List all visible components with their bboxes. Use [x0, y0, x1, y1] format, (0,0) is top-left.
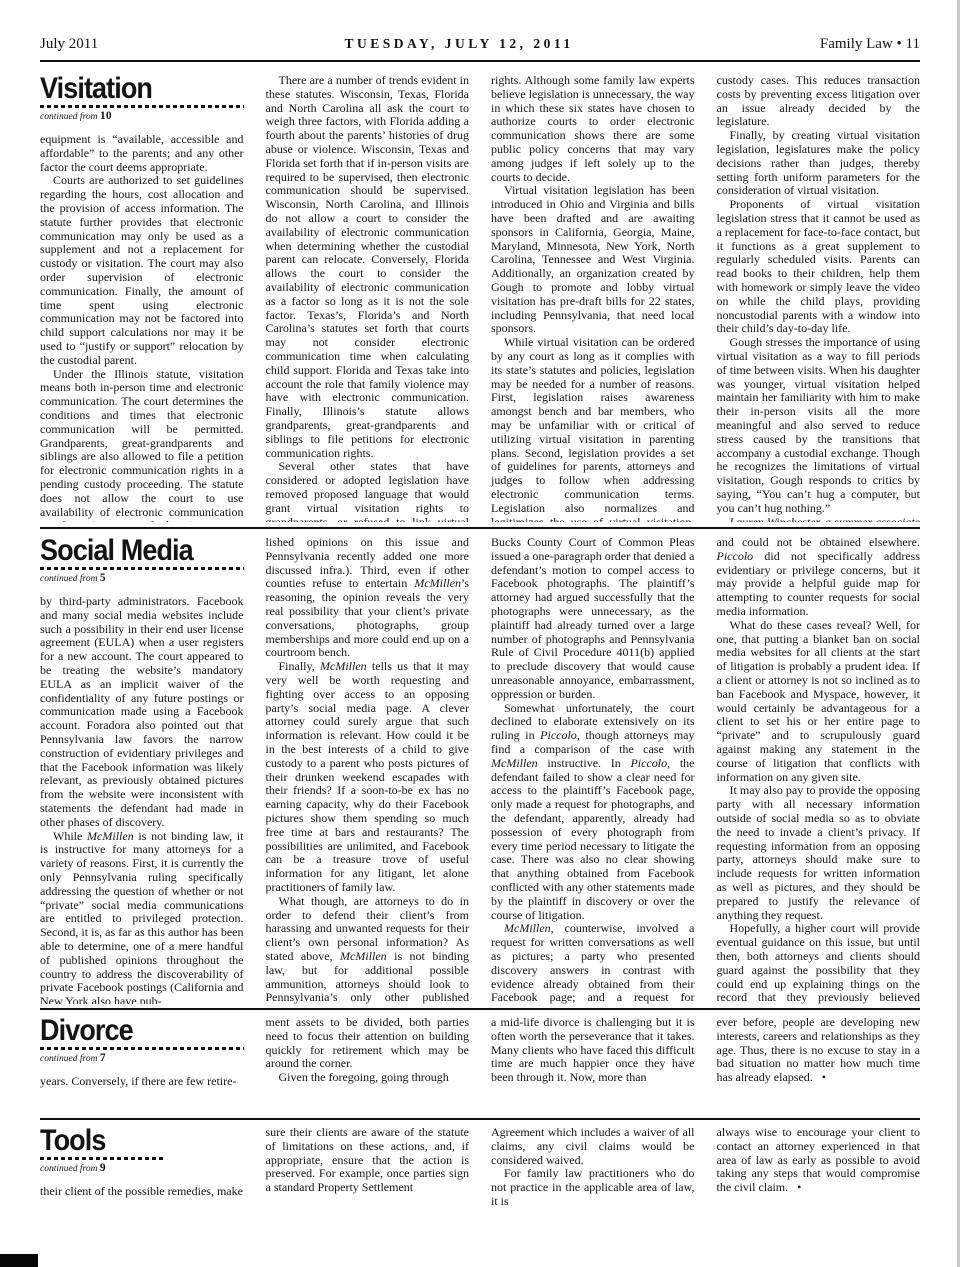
- article-column: custody cases. This reduces transaction …: [717, 74, 921, 522]
- paragraph: Virtual visitation legislation has been …: [491, 184, 695, 336]
- article-column-text: There are a number of trends evident in …: [266, 74, 470, 522]
- paragraph: Hopefully, a higher court will provide e…: [717, 922, 921, 1004]
- article-column: Agreement which includes a waiver of all…: [491, 1126, 695, 1232]
- headline-dash-rule: [40, 1157, 166, 1160]
- article-headline: Visitation: [40, 74, 223, 104]
- article-column: rights. Although some family law experts…: [491, 74, 695, 522]
- continued-from-page: 7: [100, 1052, 106, 1064]
- paragraph: What do these cases reveal? Well, for on…: [717, 619, 921, 785]
- headline-dash-rule: [40, 1047, 244, 1050]
- paragraph: Bucks County Court of Common Pleas issue…: [491, 536, 695, 702]
- paragraph: While virtual visitation can be ordered …: [491, 336, 695, 522]
- continued-from-label: continued from: [40, 112, 97, 122]
- article-column: Tools continued from 9 their client of t…: [40, 1126, 244, 1232]
- paragraph: ever before, people are developing new i…: [717, 1016, 921, 1085]
- bottom-corner-bar: [0, 1254, 38, 1267]
- article-column: ever before, people are developing new i…: [717, 1016, 921, 1112]
- article-column: sure their clients are aware of the stat…: [266, 1126, 470, 1232]
- article-column-text: and could not be obtained elsewhere. Pic…: [717, 536, 921, 1004]
- paragraph: ment assets to be divided, both parties …: [266, 1016, 470, 1071]
- header-dateline: TUESDAY, JULY 12, 2011: [344, 36, 573, 52]
- paragraph: Several other states that have considere…: [266, 460, 470, 522]
- article-column: Social Media continued from 5 by third-p…: [40, 536, 244, 1004]
- article-headline: Divorce: [40, 1016, 223, 1046]
- paragraph: their client of the possible remedies, m…: [40, 1185, 244, 1199]
- paragraph: Gough stresses the importance of using v…: [717, 336, 921, 515]
- paragraph: sure their clients are aware of the stat…: [266, 1126, 470, 1195]
- paragraph: What though, are attorneys to do in orde…: [266, 895, 470, 1004]
- article-column-text: ever before, people are developing new i…: [717, 1016, 921, 1085]
- paragraph: Finally, McMillen tells us that it may v…: [266, 660, 470, 895]
- paragraph: and could not be obtained elsewhere. Pic…: [717, 536, 921, 619]
- article-headline-block: Divorce continued from 7: [40, 1016, 244, 1064]
- section-divider-rule: [40, 1008, 920, 1010]
- paragraph: McMillen, counterwise, involved a reques…: [491, 922, 695, 1004]
- continued-from-note: continued from 9: [40, 1162, 244, 1174]
- paragraph: lished opinions on this issue and Pennsy…: [266, 536, 470, 660]
- paragraph: a mid-life divorce is challenging but it…: [491, 1016, 695, 1085]
- paragraph: Somewhat unfortunately, the court declin…: [491, 702, 695, 923]
- article-column: a mid-life divorce is challenging but it…: [491, 1016, 695, 1112]
- continued-from-page: 9: [100, 1162, 106, 1174]
- paragraph: Under the Illinois statute, visitation m…: [40, 368, 244, 522]
- continued-from-note: continued from 5: [40, 572, 244, 584]
- article-column-text: equipment is “available, accessible and …: [40, 133, 244, 522]
- article-headline-block: Visitation continued from 10: [40, 74, 244, 122]
- continued-from-label: continued from: [40, 1164, 97, 1174]
- section-divider-rule: [40, 527, 920, 529]
- paragraph: by third-party administrators. Facebook …: [40, 595, 244, 830]
- continued-from-label: continued from: [40, 574, 97, 584]
- article-headline-block: Social Media continued from 5: [40, 536, 244, 584]
- paragraph: While McMillen is not binding law, it is…: [40, 830, 244, 1004]
- article-visitation: Visitation continued from 10 equipment i…: [40, 74, 920, 522]
- paragraph: Given the foregoing, going through: [266, 1071, 470, 1085]
- continued-from-page: 5: [100, 572, 106, 584]
- paragraph: There are a number of trends evident in …: [266, 74, 470, 460]
- paragraph: Finally, by creating virtual visitation …: [717, 129, 921, 198]
- article-column-text: ment assets to be divided, both parties …: [266, 1016, 470, 1085]
- article-column-text: lished opinions on this issue and Pennsy…: [266, 536, 470, 1004]
- article-column: There are a number of trends evident in …: [266, 74, 470, 522]
- article-column-text: Agreement which includes a waiver of all…: [491, 1126, 695, 1209]
- headline-dash-rule: [40, 105, 244, 108]
- article-divorce: Divorce continued from 7 years. Converse…: [40, 1016, 920, 1112]
- paragraph: Courts are authorized to set guidelines …: [40, 174, 244, 367]
- article-column-text: by third-party administrators. Facebook …: [40, 595, 244, 1004]
- paragraph: Agreement which includes a waiver of all…: [491, 1126, 695, 1167]
- paragraph: Proponents of virtual visitation legisla…: [717, 198, 921, 336]
- article-tools: Tools continued from 9 their client of t…: [40, 1126, 920, 1232]
- article-column: Bucks County Court of Common Pleas issue…: [491, 536, 695, 1004]
- newspaper-page: July 2011 TUESDAY, JULY 12, 2011 Family …: [0, 0, 960, 1267]
- article-headline: Social Media: [40, 536, 223, 566]
- paragraph: always wise to encourage your client to …: [717, 1126, 921, 1195]
- article-column-text: Bucks County Court of Common Pleas issue…: [491, 536, 695, 1004]
- article-column-text: a mid-life divorce is challenging but it…: [491, 1016, 695, 1085]
- article-column: and could not be obtained elsewhere. Pic…: [717, 536, 921, 1004]
- continued-from-page: 10: [100, 110, 112, 122]
- continued-from-note: continued from 7: [40, 1052, 244, 1064]
- article-column-text: custody cases. This reduces transaction …: [717, 74, 921, 522]
- article-column-text: rights. Although some family law experts…: [491, 74, 695, 522]
- article-headline-block: Tools continued from 9: [40, 1126, 244, 1174]
- article-column: Visitation continued from 10 equipment i…: [40, 74, 244, 522]
- article-column-text: years. Conversely, if there are few reti…: [40, 1075, 244, 1089]
- article-column-text: their client of the possible remedies, m…: [40, 1185, 244, 1199]
- continued-from-label: continued from: [40, 1054, 97, 1064]
- header-publication-page-number: Family Law • 11: [820, 36, 920, 53]
- paragraph: equipment is “available, accessible and …: [40, 133, 244, 174]
- header-rule: [40, 60, 920, 62]
- headline-dash-rule: [40, 567, 244, 570]
- paragraph: rights. Although some family law experts…: [491, 74, 695, 184]
- paragraph: It may also pay to provide the opposing …: [717, 784, 921, 922]
- continued-from-note: continued from 10: [40, 110, 244, 122]
- section-divider-rule: [40, 1118, 920, 1120]
- article-column: always wise to encourage your client to …: [717, 1126, 921, 1232]
- article-column: lished opinions on this issue and Pennsy…: [266, 536, 470, 1004]
- page-header: July 2011 TUESDAY, JULY 12, 2011 Family …: [40, 36, 920, 53]
- article-headline: Tools: [40, 1126, 223, 1156]
- paragraph: Lauren Winchester, a summer associate wi…: [717, 516, 921, 523]
- article-column: Divorce continued from 7 years. Converse…: [40, 1016, 244, 1112]
- paragraph: years. Conversely, if there are few reti…: [40, 1075, 244, 1089]
- article-column: ment assets to be divided, both parties …: [266, 1016, 470, 1112]
- paragraph: custody cases. This reduces transaction …: [717, 74, 921, 129]
- paragraph: For family law practitioners who do not …: [491, 1167, 695, 1208]
- header-issue-date: July 2011: [40, 36, 98, 53]
- article-column-text: sure their clients are aware of the stat…: [266, 1126, 470, 1195]
- article-social-media: Social Media continued from 5 by third-p…: [40, 536, 920, 1004]
- article-column-text: always wise to encourage your client to …: [717, 1126, 921, 1195]
